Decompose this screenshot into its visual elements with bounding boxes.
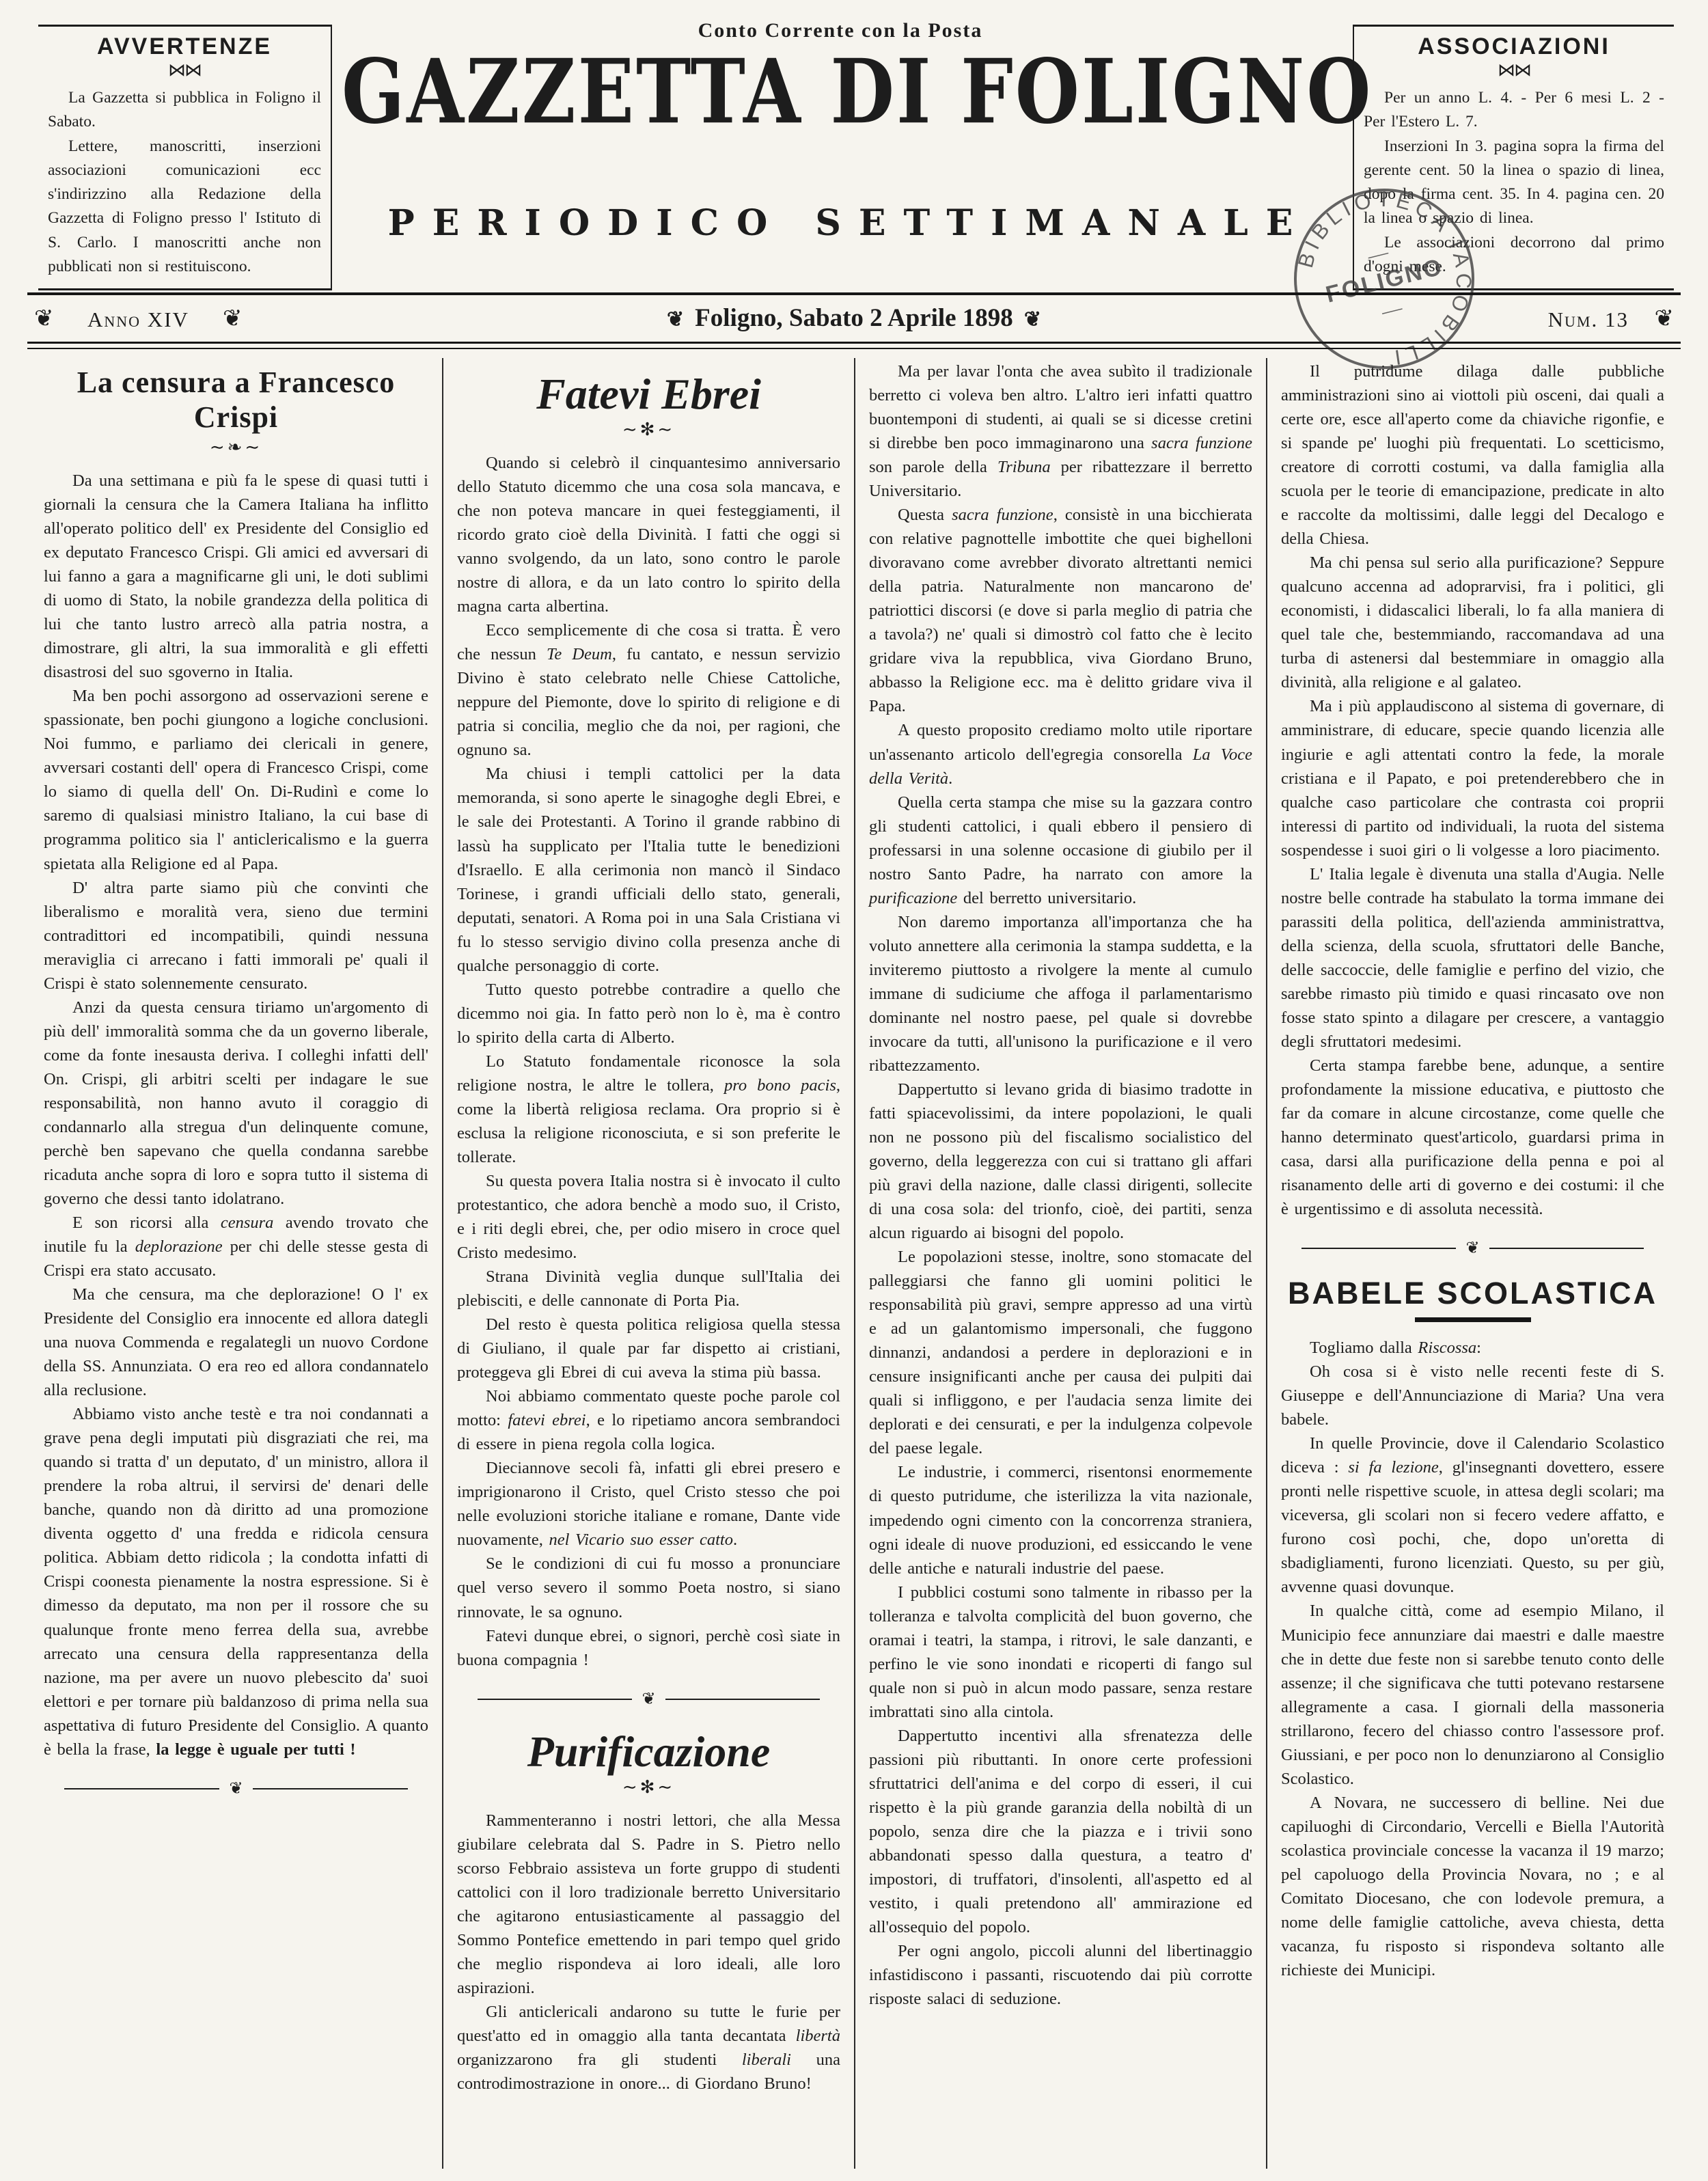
floret-icon: ❦ bbox=[656, 308, 695, 331]
article-paragraph: Del resto è questa politica religiosa qu… bbox=[457, 1313, 840, 1384]
article-paragraph: I pubblici costumi sono talmente in riba… bbox=[869, 1580, 1252, 1724]
article-paragraph: Dappertutto incentivi alla sfrenatezza d… bbox=[869, 1724, 1252, 1939]
article-paragraph: Lo Statuto fondamentale riconosce la sol… bbox=[457, 1050, 840, 1169]
header-double-rule bbox=[27, 342, 1681, 349]
notice-paragraph: La Gazzetta si pubblica in Foligno il Sa… bbox=[48, 86, 321, 135]
article-paragraph: Se le condizioni di cui fu mosso a pronu… bbox=[457, 1552, 840, 1623]
article-paragraph: Ma per lavar l'onta che avea subìto il t… bbox=[869, 359, 1252, 503]
article-paragraph: A questo proposito crediamo molto utile … bbox=[869, 718, 1252, 790]
article-title: Purificazione bbox=[457, 1727, 840, 1777]
article-paragraph: Quella certa stampa che mise su la gazza… bbox=[869, 791, 1252, 910]
article-title: La censura a Francesco Crispi bbox=[44, 365, 428, 435]
masthead-title: GAZZETTA DI FOLIGNO bbox=[342, 48, 1339, 137]
notice-paragraph: Per un anno L. 4. - Per 6 mesi L. 2 - Pe… bbox=[1364, 86, 1664, 135]
column-1: La censura a Francesco Crispi∼❧∼Da una s… bbox=[30, 358, 442, 2169]
masthead-block: Conto Corrente con la Posta GAZZETTA DI … bbox=[342, 19, 1339, 244]
article-paragraph: Ma i più applaudiscono al sistema di gov… bbox=[1281, 694, 1664, 862]
newspaper-page: AVVERTENZE ⋈⋈ La Gazzetta si pubblica in… bbox=[0, 0, 1708, 2181]
section-divider-icon: ❦ bbox=[1301, 1240, 1644, 1257]
notice-paragraph: Le associazioni decorrono dal primo d'og… bbox=[1364, 231, 1664, 279]
bowtie-ornament-icon: ⋈⋈ bbox=[1364, 60, 1664, 81]
article-paragraph: Tutto questo potrebbe contradire a quell… bbox=[457, 978, 840, 1050]
article-paragraph: D' altra parte siamo più che convinti ch… bbox=[44, 876, 428, 996]
article-paragraph: Per ogni angolo, piccoli alunni del libe… bbox=[869, 1939, 1252, 2011]
associazioni-box: ASSOCIAZIONI ⋈⋈ Per un anno L. 4. - Per … bbox=[1353, 25, 1674, 290]
article-paragraph: Dieciannove secoli fà, infatti gli ebrei… bbox=[457, 1456, 840, 1552]
article-title: BABELE SCOLASTICA bbox=[1281, 1276, 1664, 1322]
article-paragraph: E son ricorsi alla censura avendo trovat… bbox=[44, 1211, 428, 1282]
issue-date: ❦Foligno, Sabato 2 Aprile 1898❦ bbox=[27, 303, 1681, 333]
postal-line: Conto Corrente con la Posta bbox=[342, 19, 1339, 42]
column-3: Ma per lavar l'onta che avea subìto il t… bbox=[854, 358, 1266, 2169]
article-paragraph: Togliamo dalla Riscossa: bbox=[1281, 1336, 1664, 1360]
article-paragraph: Fatevi dunque ebrei, o signori, perchè c… bbox=[457, 1624, 840, 1672]
article-paragraph: L' Italia legale è divenuta una stalla d… bbox=[1281, 862, 1664, 1054]
article-paragraph: Dappertutto si levano grida di biasimo t… bbox=[869, 1078, 1252, 1245]
article-paragraph: Noi abbiamo commentato queste poche paro… bbox=[457, 1384, 840, 1456]
masthead-subtitle: PERIODICO SETTIMANALE bbox=[342, 202, 1339, 244]
ornament-icon: ∼❧∼ bbox=[44, 437, 428, 458]
article-paragraph: Abbiamo visto anche testè e tra noi cond… bbox=[44, 1402, 428, 1761]
article-paragraph: Da una settimana e più fa le spese di qu… bbox=[44, 469, 428, 684]
article-title: Fatevi Ebrei bbox=[457, 369, 840, 420]
notice-paragraph: Lettere, manoscritti, inserzioni associa… bbox=[48, 135, 321, 279]
article-paragraph: Ma ben pochi assorgono ad osservazioni s… bbox=[44, 684, 428, 875]
article-paragraph: Le industrie, i commerci, risentonsi eno… bbox=[869, 1460, 1252, 1580]
section-divider-icon: ❦ bbox=[478, 1691, 820, 1707]
article-paragraph: Rammenteranno i nostri lettori, che alla… bbox=[457, 1809, 840, 2000]
article-paragraph: In quelle Provincie, dove il Calendario … bbox=[1281, 1431, 1664, 1599]
header-rule bbox=[27, 292, 1681, 295]
column-2: Fatevi Ebrei∼✻∼Quando si celebrò il cinq… bbox=[442, 358, 854, 2169]
article-paragraph: Ma chiusi i templi cattolici per la data… bbox=[457, 762, 840, 977]
article-paragraph: A Novara, ne successero di belline. Nei … bbox=[1281, 1791, 1664, 1982]
article-paragraph: Ma che censura, ma che deplorazione! O l… bbox=[44, 1282, 428, 1402]
date-row: ❦ Anno XIV ❦ ❦Foligno, Sabato 2 Aprile 1… bbox=[27, 299, 1681, 339]
notice-paragraph: Inserzioni In 3. pagina sopra la firma d… bbox=[1364, 135, 1664, 231]
article-paragraph: Certa stampa farebbe bene, adunque, a se… bbox=[1281, 1054, 1664, 1221]
floret-icon: ❦ bbox=[1655, 299, 1675, 339]
article-columns: La censura a Francesco Crispi∼❧∼Da una s… bbox=[30, 358, 1678, 2169]
avvertenze-text: La Gazzetta si pubblica in Foligno il Sa… bbox=[48, 86, 321, 279]
ornament-icon: ∼✻∼ bbox=[457, 1777, 840, 1798]
avvertenze-box: AVVERTENZE ⋈⋈ La Gazzetta si pubblica in… bbox=[38, 25, 332, 290]
article-paragraph: Strana Divinità veglia dunque sull'Itali… bbox=[457, 1265, 840, 1313]
article-paragraph: Quando si celebrò il cinquantesimo anniv… bbox=[457, 451, 840, 618]
date-text: Foligno, Sabato 2 Aprile 1898 bbox=[695, 304, 1013, 332]
article-paragraph: Il putridume dilaga dalle pubbliche ammi… bbox=[1281, 359, 1664, 551]
column-4: Il putridume dilaga dalle pubbliche ammi… bbox=[1266, 358, 1678, 2169]
article-paragraph: Gli anticlericali andarono su tutte le f… bbox=[457, 2000, 840, 2096]
article-paragraph: Le popolazioni stesse, inoltre, sono sto… bbox=[869, 1245, 1252, 1460]
article-paragraph: Non daremo importanza all'importanza che… bbox=[869, 910, 1252, 1078]
article-paragraph: Anzi da questa censura tiriamo un'argome… bbox=[44, 996, 428, 1211]
article-paragraph: Oh cosa si è visto nelle recenti feste d… bbox=[1281, 1360, 1664, 1431]
bowtie-ornament-icon: ⋈⋈ bbox=[48, 60, 321, 81]
associazioni-text: Per un anno L. 4. - Per 6 mesi L. 2 - Pe… bbox=[1364, 86, 1664, 279]
article-paragraph: Questa sacra funzione, consistè in una b… bbox=[869, 503, 1252, 718]
section-divider-icon: ❦ bbox=[64, 1781, 408, 1797]
ornament-icon: ∼✻∼ bbox=[457, 420, 840, 440]
article-paragraph: Su questa povera Italia nostra si è invo… bbox=[457, 1169, 840, 1265]
issue-number: Num. 13 bbox=[1548, 307, 1629, 332]
article-paragraph: Ecco semplicemente di che cosa si tratta… bbox=[457, 618, 840, 762]
floret-icon: ❦ bbox=[1013, 308, 1052, 331]
article-paragraph: Ma chi pensa sul serio alla purificazion… bbox=[1281, 551, 1664, 694]
associazioni-title: ASSOCIAZIONI bbox=[1364, 33, 1664, 60]
avvertenze-title: AVVERTENZE bbox=[48, 33, 321, 60]
article-paragraph: In qualche città, come ad esempio Milano… bbox=[1281, 1599, 1664, 1790]
